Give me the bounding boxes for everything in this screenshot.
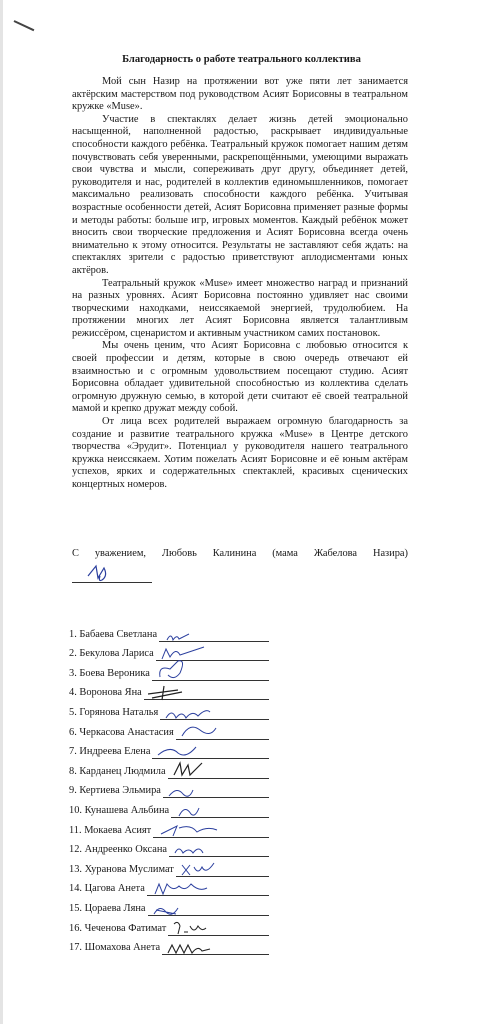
signature-line (152, 746, 269, 759)
signatory-row: 12. Андреенко Оксана (69, 838, 269, 858)
author-signature (72, 566, 152, 583)
letter-body: Мой сын Назир на протяжении вот уже пяти… (72, 76, 408, 492)
signatory-row: 5. Горянова Наталья (69, 700, 269, 720)
signature-scribble-icon (156, 657, 201, 683)
paragraph-4: Мы очень ценим, что Асият Борисовна с лю… (72, 340, 408, 416)
scan-edge (0, 0, 3, 1024)
closing-line: С уважением, Любовь Калинина (мама Жабел… (72, 548, 408, 561)
signature-line (160, 707, 269, 720)
signature-line (169, 844, 269, 857)
signature-line (171, 805, 269, 818)
signatory-row: 1. Бабаева Светлана (69, 622, 269, 642)
signature-scribble-icon (172, 761, 212, 781)
signature-line (168, 923, 269, 936)
signature-scribble-icon (86, 562, 116, 584)
signatory-row: 16. Чеченова Фатимат (69, 916, 269, 936)
signature-line (159, 629, 269, 642)
signatory-row: 17. Шомахова Анета (69, 936, 269, 956)
paragraph-5: От лица всех родителей выражаем огромную… (72, 416, 408, 492)
signatory-row: 11. Мокаева Асият (69, 818, 269, 838)
signatory-row: 13. Хуранова Муслимат (69, 857, 269, 877)
signature-line (147, 883, 269, 896)
signature-line (168, 766, 269, 779)
signature-line (148, 903, 269, 916)
signature-line (176, 864, 269, 877)
signatory-row: 10. Кунашева Альбина (69, 798, 269, 818)
signatory-row: 15. Цораева Ляна (69, 896, 269, 916)
signature-line (152, 668, 269, 681)
signatory-row: 4. Воронова Яна (69, 681, 269, 701)
signatory-row: 6. Черкасова Анастасия (69, 720, 269, 740)
signatory-row: 8. Карданец Людмила (69, 759, 269, 779)
signatory-row: 3. Боева Вероника (69, 661, 269, 681)
signature-line (163, 785, 269, 798)
paragraph-3: Театральный кружок «Muse» имеет множеств… (72, 278, 408, 341)
pen-mark (14, 20, 35, 31)
paragraph-1: Мой сын Назир на протяжении вот уже пяти… (72, 76, 408, 114)
signature-line (176, 727, 269, 740)
paragraph-2: Участие в спектаклях делает жизнь детей … (72, 114, 408, 278)
signatory-row: 7. Индреева Елена (69, 740, 269, 760)
signatory-list: 1. Бабаева Светлана 2. Бекулова Лариса 3… (69, 622, 269, 955)
document-title: Благодарность о работе театрального колл… (0, 54, 483, 65)
signature-line (153, 825, 269, 838)
signature-scribble-icon (166, 941, 216, 957)
signatory-row: 14. Цагова Анета (69, 877, 269, 897)
signature-line (144, 687, 269, 700)
signature-scribble-icon (180, 722, 220, 742)
signature-line (162, 942, 269, 955)
signatory-row: 9. Кертиева Эльмира (69, 779, 269, 799)
